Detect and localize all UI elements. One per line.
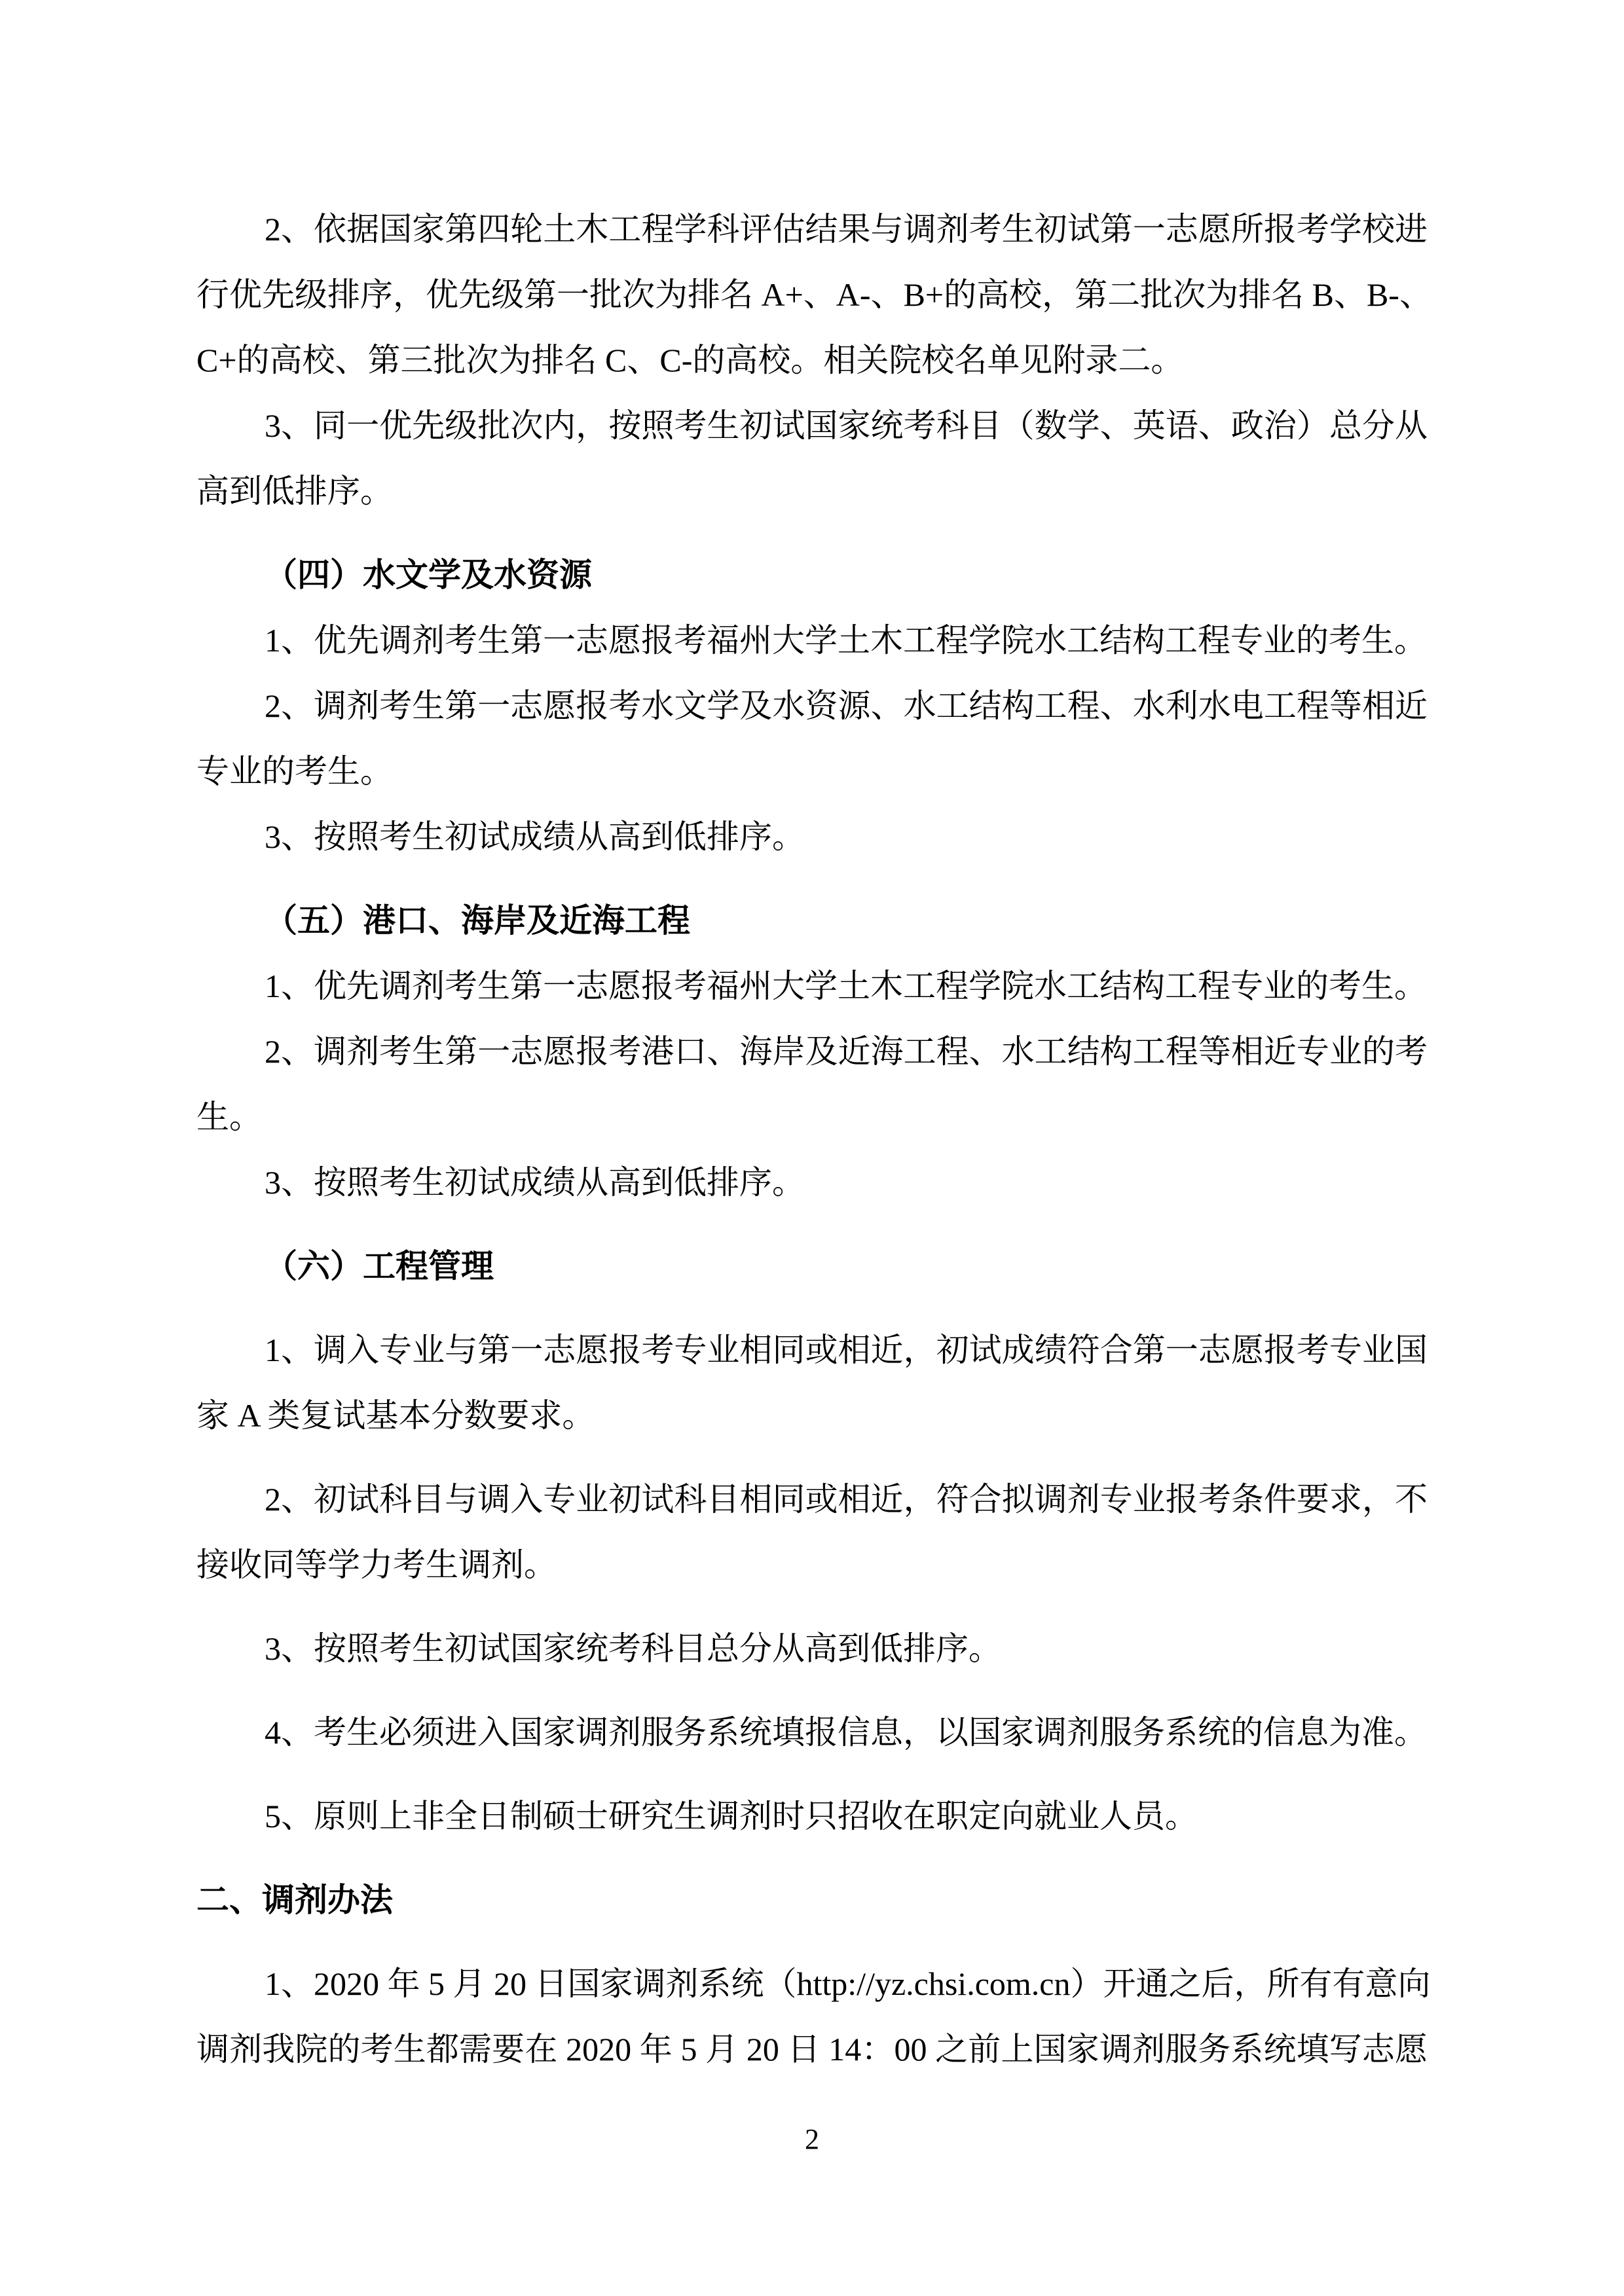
document-body: 2、依据国家第四轮土木工程学科评估结果与调剂考生初试第一志愿所报考学校进行优先级… (0, 0, 1624, 2082)
text-line: 3、按照考生初试成绩从高到低排序。 (196, 804, 1428, 869)
text-line: 4、考生必须进入国家调剂服务系统填报信息，以国家调剂服务系统的信息为准。 (196, 1700, 1428, 1765)
paragraph: 1、优先调剂考生第一志愿报考福州大学土木工程学院水工结构工程专业的考生。 (196, 953, 1428, 1019)
text-line: 高到低排序。 (196, 458, 1428, 524)
paragraph: 3、按照考生初试成绩从高到低排序。 (196, 1150, 1428, 1215)
document-page: 2、依据国家第四轮土木工程学科评估结果与调剂考生初试第一志愿所报考学校进行优先级… (0, 0, 1624, 2296)
text-line: 2、初试科目与调入专业初试科目相同或相近，符合拟调剂专业报考条件要求，不 (196, 1467, 1428, 1532)
text-line: 生。 (196, 1084, 1428, 1150)
text-line: 2、依据国家第四轮土木工程学科评估结果与调剂考生初试第一志愿所报考学校进 (196, 196, 1428, 262)
text-line: 5、原则上非全日制硕士研究生调剂时只招收在职定向就业人员。 (196, 1783, 1428, 1849)
text-line: 3、按照考生初试国家统考科目总分从高到低排序。 (196, 1616, 1428, 1681)
text-line: 2、调剂考生第一志愿报考港口、海岸及近海工程、水工结构工程等相近专业的考 (196, 1019, 1428, 1084)
section-heading: （六）工程管理 (196, 1233, 1428, 1299)
paragraph: 2、调剂考生第一志愿报考港口、海岸及近海工程、水工结构工程等相近专业的考生。 (196, 1019, 1428, 1150)
text-line: 1、优先调剂考生第一志愿报考福州大学土木工程学院水工结构工程专业的考生。 (196, 608, 1428, 673)
paragraph: 1、优先调剂考生第一志愿报考福州大学土木工程学院水工结构工程专业的考生。 (196, 608, 1428, 673)
paragraph: 2、初试科目与调入专业初试科目相同或相近，符合拟调剂专业报考条件要求，不接收同等… (196, 1467, 1428, 1597)
section-heading: （五）港口、海岸及近海工程 (196, 888, 1428, 953)
text-line: 调剂我院的考生都需要在 2020 年 5 月 20 日 14：00 之前上国家调… (196, 2016, 1428, 2082)
paragraph: 3、按照考生初试国家统考科目总分从高到低排序。 (196, 1616, 1428, 1681)
text-line: 1、调入专业与第一志愿报考专业相同或相近，初试成绩符合第一志愿报考专业国 (196, 1317, 1428, 1383)
text-line: 1、优先调剂考生第一志愿报考福州大学土木工程学院水工结构工程专业的考生。 (196, 953, 1428, 1019)
text-line: 专业的考生。 (196, 738, 1428, 804)
text-line: 1、2020 年 5 月 20 日国家调剂系统（http://yz.chsi.c… (196, 1951, 1428, 2016)
paragraph: 2、依据国家第四轮土木工程学科评估结果与调剂考生初试第一志愿所报考学校进行优先级… (196, 196, 1428, 393)
text-line: C+的高校、第三批次为排名 C、C-的高校。相关院校名单见附录二。 (196, 327, 1428, 393)
text-line: 2、调剂考生第一志愿报考水文学及水资源、水工结构工程、水利水电工程等相近 (196, 673, 1428, 738)
paragraph: 4、考生必须进入国家调剂服务系统填报信息，以国家调剂服务系统的信息为准。 (196, 1700, 1428, 1765)
text-line: 3、同一优先级批次内，按照考生初试国家统考科目（数学、英语、政治）总分从 (196, 393, 1428, 458)
paragraph: 3、按照考生初试成绩从高到低排序。 (196, 804, 1428, 869)
text-line: 3、按照考生初试成绩从高到低排序。 (196, 1150, 1428, 1215)
document-blocks: 2、依据国家第四轮土木工程学科评估结果与调剂考生初试第一志愿所报考学校进行优先级… (196, 196, 1428, 2082)
paragraph: 1、2020 年 5 月 20 日国家调剂系统（http://yz.chsi.c… (196, 1951, 1428, 2082)
text-line: 接收同等学力考生调剂。 (196, 1532, 1428, 1597)
paragraph: 5、原则上非全日制硕士研究生调剂时只招收在职定向就业人员。 (196, 1783, 1428, 1849)
paragraph: 2、调剂考生第一志愿报考水文学及水资源、水工结构工程、水利水电工程等相近专业的考… (196, 673, 1428, 804)
page-number: 2 (0, 2120, 1624, 2159)
text-line: 家 A 类复试基本分数要求。 (196, 1383, 1428, 1448)
section-heading: （四）水文学及水资源 (196, 542, 1428, 608)
paragraph: 1、调入专业与第一志愿报考专业相同或相近，初试成绩符合第一志愿报考专业国家 A … (196, 1317, 1428, 1448)
paragraph: 3、同一优先级批次内，按照考生初试国家统考科目（数学、英语、政治）总分从高到低排… (196, 393, 1428, 524)
text-line: 行优先级排序，优先级第一批次为排名 A+、A-、B+的高校，第二批次为排名 B、… (196, 262, 1428, 327)
section-heading: 二、调剂办法 (196, 1867, 1428, 1933)
